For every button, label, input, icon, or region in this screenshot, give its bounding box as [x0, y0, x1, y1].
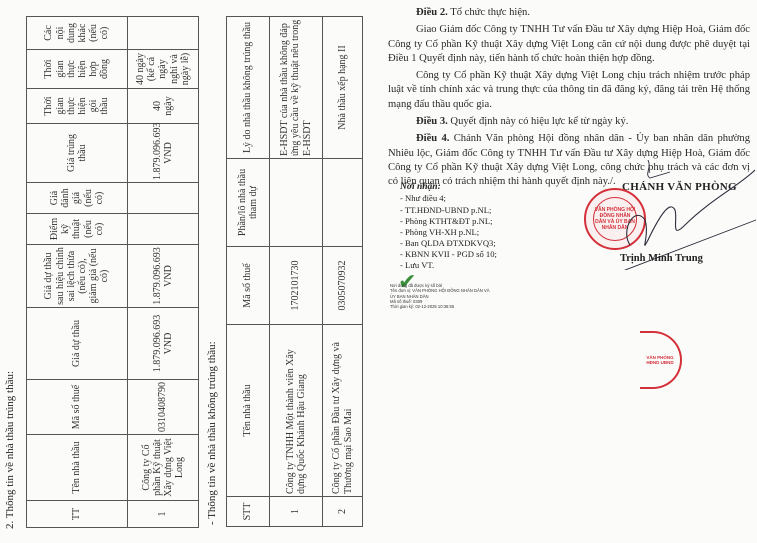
article-2-paragraph-1: Giao Giám đốc Công ty TNHH Tư vấn Đầu tư… [388, 23, 750, 66]
cell: 1.879.096.693 VND [128, 308, 199, 380]
header-cell: TT [27, 501, 128, 528]
recipient-item: - TT.HĐND-UBND p.NL; [400, 205, 497, 216]
losing-bidder-table: STT Tên nhà thầu Mã số thuế Phần/lô nhà … [226, 16, 363, 527]
cell: E-HSDT của nhà thầu không đáp ứng yêu cầ… [270, 17, 323, 159]
header-cell: Lý do nhà thầu không trúng thầu [227, 17, 270, 159]
header-cell: Phần/lô nhà thầu tham dự [227, 159, 270, 247]
article-2-heading: Điều 2. Tổ chức thực hiện. [388, 6, 750, 20]
cell: Công ty Cổ phần Đầu tư Xây dựng và Thươn… [323, 325, 363, 497]
header-cell: Mã số thuế [27, 380, 128, 435]
cell: Công ty TNHH Một thành viên Xây dựng Quố… [270, 325, 323, 497]
winning-table-header-row: TT Tên nhà thầu Mã số thuế Giá dự thầu G… [27, 17, 128, 528]
article-label: Điều 2. [416, 7, 448, 18]
digital-signature-line: Tên đơn vị: VĂN PHÒNG HỘI ĐỒNG NHÂN DÂN … [390, 288, 490, 293]
cell: 2 [323, 497, 363, 527]
header-cell: Mã số thuế [227, 247, 270, 325]
article-text: Quyết định này có hiệu lực kể từ ngày ký… [448, 116, 629, 127]
cell [128, 17, 199, 50]
header-cell: Giá dự thầu sau hiệu chỉnh sai lệch thừa… [27, 245, 128, 308]
table-row: 1 Công ty Cổ phần Kỹ thuật Xây dựng Việt… [128, 17, 199, 528]
recipients-list: Nơi nhận: - Như điều 4; - TT.HĐND-UBND p… [400, 181, 497, 272]
winning-bidder-caption: 2. Thông tin về nhà thầu trúng thầu: [4, 371, 16, 529]
cell [128, 183, 199, 214]
recipient-item: - Phòng VH-XH p.NL; [400, 227, 497, 238]
recipient-item: - Ban QLDA ĐTXDKVQ3; [400, 238, 497, 249]
cell: 40 ngày [128, 89, 199, 124]
partial-stamp: VĂN PHÒNG HĐND UBND [640, 331, 682, 389]
article-3: Điều 3. Quyết định này có hiệu lực kể từ… [388, 115, 750, 129]
header-cell: Giá trúng thầu [27, 124, 128, 183]
table-row: 2 Công ty Cổ phần Đầu tư Xây dựng và Thư… [323, 17, 363, 527]
digital-signature-info: Nơi dung đã được ký số bởi Tên đơn vị: V… [390, 283, 490, 309]
cell [323, 159, 363, 247]
cell [270, 159, 323, 247]
recipients-title: Nơi nhận: [400, 181, 497, 193]
rotated-tables-page: 2. Thông tin về nhà thầu trúng thầu: TT … [0, 0, 380, 543]
cell: 1 [270, 497, 323, 527]
cell: Nhà thầu xếp hạng II [323, 17, 363, 159]
digital-signature-line: Thời gian ký: 02-12-2025 10:36:55 [390, 304, 490, 309]
header-cell: Tên nhà thầu [227, 325, 270, 497]
article-2-paragraph-2: Công ty Cổ phần Kỹ thuật Xây dựng Việt L… [388, 69, 750, 112]
cell: 0310408790 [128, 380, 199, 435]
header-cell: STT [227, 497, 270, 527]
table-row: 1 Công ty TNHH Một thành viên Xây dựng Q… [270, 17, 323, 527]
cell: 40 ngày (kể cả ngày nghỉ và ngày lễ) [128, 50, 199, 89]
stamp-text: VĂN PHÒNG HĐND UBND [640, 355, 680, 366]
header-cell: Các nội dung khác (nếu có) [27, 17, 128, 50]
cell: 0305070932 [323, 247, 363, 325]
signer-name: Trịnh Minh Trung [620, 253, 703, 264]
cell: 1.879.096.693 VND [128, 124, 199, 183]
header-cell: Thời gian thực hiện gói thầu [27, 89, 128, 124]
winning-bidder-table: TT Tên nhà thầu Mã số thuế Giá dự thầu G… [26, 16, 199, 528]
header-cell: Thời gian thực hiện hợp đồng [27, 50, 128, 89]
cell [128, 214, 199, 245]
losing-bidder-caption: - Thông tin về nhà thầu không trúng thầu… [206, 341, 218, 525]
article-label: Điều 4. [416, 133, 449, 144]
cell: 1702101730 [270, 247, 323, 325]
recipient-item: - KBNN KVII - PGD số 10; [400, 249, 497, 260]
losing-table-header-row: STT Tên nhà thầu Mã số thuế Phần/lô nhà … [227, 17, 270, 527]
cell: 1.879.096.693 VND [128, 245, 199, 308]
article-title: Tổ chức thực hiện. [448, 7, 530, 18]
recipient-item: - Như điều 4; [400, 193, 497, 204]
header-cell: Tên nhà thầu [27, 435, 128, 501]
article-label: Điều 3. [416, 116, 448, 127]
cell: Công ty Cổ phần Kỹ thuật Xây dựng Việt L… [128, 435, 199, 501]
header-cell: Giá dự thầu [27, 308, 128, 380]
cell: 1 [128, 501, 199, 528]
header-cell: Điểm kỹ thuật (nếu có) [27, 214, 128, 245]
recipient-item: - Phòng KTHT&ĐT p.NL; [400, 216, 497, 227]
header-cell: Giá đánh giá (nếu có) [27, 183, 128, 214]
